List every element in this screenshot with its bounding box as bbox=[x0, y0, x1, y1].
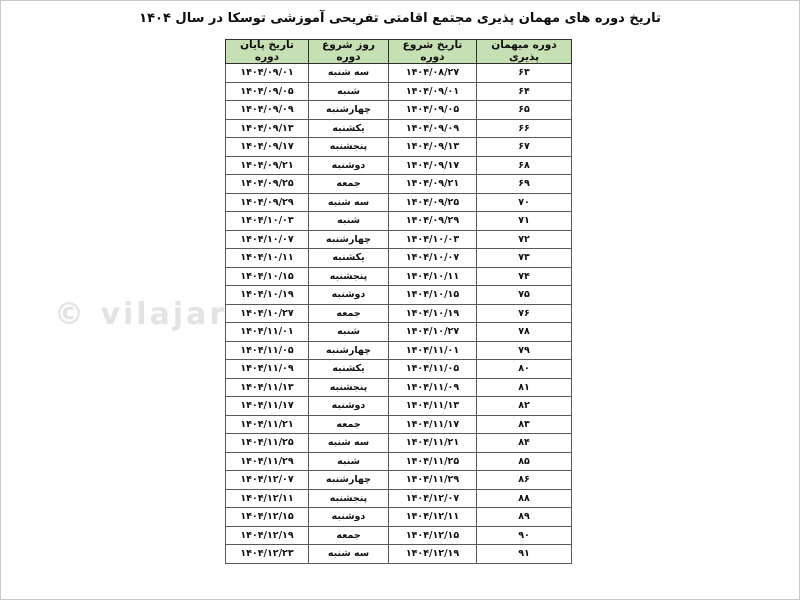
end-date-cell: ۱۴۰۴/۱۰/۲۷ bbox=[226, 304, 309, 323]
start-day-cell: یکشنبه bbox=[309, 360, 389, 379]
start-day-cell: دوشنبه bbox=[309, 508, 389, 527]
start-date-cell: ۱۴۰۴/۱۱/۰۵ bbox=[389, 360, 477, 379]
start-date-cell: ۱۴۰۴/۱۱/۱۳ bbox=[389, 397, 477, 416]
table-row: ۸۱۱۴۰۴/۱۱/۰۹پنجشنبه۱۴۰۴/۱۱/۱۳ bbox=[226, 378, 572, 397]
period-cell: ۶۶ bbox=[477, 119, 572, 138]
end-date-cell: ۱۴۰۴/۰۹/۰۱ bbox=[226, 64, 309, 83]
start-date-cell: ۱۴۰۴/۰۹/۰۹ bbox=[389, 119, 477, 138]
table-row: ۹۰۱۴۰۴/۱۲/۱۵جمعه۱۴۰۴/۱۲/۱۹ bbox=[226, 526, 572, 545]
table-row: ۷۱۱۴۰۴/۰۹/۲۹شنبه۱۴۰۴/۱۰/۰۳ bbox=[226, 212, 572, 231]
period-cell: ۸۳ bbox=[477, 415, 572, 434]
end-date-cell: ۱۴۰۴/۱۱/۰۹ bbox=[226, 360, 309, 379]
period-cell: ۸۶ bbox=[477, 471, 572, 490]
period-cell: ۷۰ bbox=[477, 193, 572, 212]
table-row: ۷۳۱۴۰۴/۱۰/۰۷یکشنبه۱۴۰۴/۱۰/۱۱ bbox=[226, 249, 572, 268]
start-day-cell: چهارشنبه bbox=[309, 101, 389, 120]
start-date-cell: ۱۴۰۴/۱۱/۱۷ bbox=[389, 415, 477, 434]
start-day-cell: جمعه bbox=[309, 304, 389, 323]
start-date-cell: ۱۴۰۴/۱۰/۲۷ bbox=[389, 323, 477, 342]
start-date-cell: ۱۴۰۴/۰۸/۲۷ bbox=[389, 64, 477, 83]
start-date-cell: ۱۴۰۴/۱۰/۰۷ bbox=[389, 249, 477, 268]
start-day-cell: پنجشنبه bbox=[309, 138, 389, 157]
period-cell: ۶۷ bbox=[477, 138, 572, 157]
start-day-cell: دوشنبه bbox=[309, 397, 389, 416]
period-cell: ۷۸ bbox=[477, 323, 572, 342]
start-day-cell: سه شنبه bbox=[309, 193, 389, 212]
period-cell: ۸۸ bbox=[477, 489, 572, 508]
period-cell: ۶۵ bbox=[477, 101, 572, 120]
period-cell: ۷۵ bbox=[477, 286, 572, 305]
end-date-cell: ۱۴۰۴/۰۹/۱۷ bbox=[226, 138, 309, 157]
table-row: ۷۹۱۴۰۴/۱۱/۰۱چهارشنبه۱۴۰۴/۱۱/۰۵ bbox=[226, 341, 572, 360]
period-cell: ۸۵ bbox=[477, 452, 572, 471]
end-date-cell: ۱۴۰۴/۱۰/۰۳ bbox=[226, 212, 309, 231]
start-date-cell: ۱۴۰۴/۱۱/۰۹ bbox=[389, 378, 477, 397]
start-day-cell: دوشنبه bbox=[309, 156, 389, 175]
table-row: ۶۴۱۴۰۴/۰۹/۰۱شنبه۱۴۰۴/۰۹/۰۵ bbox=[226, 82, 572, 101]
start-day-cell: جمعه bbox=[309, 415, 389, 434]
document-page: تاریخ دوره های مهمان پذیری مجتمع اقامتی … bbox=[0, 0, 800, 600]
end-date-cell: ۱۴۰۴/۱۰/۱۹ bbox=[226, 286, 309, 305]
start-date-cell: ۱۴۰۴/۰۹/۰۵ bbox=[389, 101, 477, 120]
end-date-cell: ۱۴۰۴/۱۲/۱۹ bbox=[226, 526, 309, 545]
end-date-cell: ۱۴۰۴/۱۲/۱۵ bbox=[226, 508, 309, 527]
period-cell: ۸۴ bbox=[477, 434, 572, 453]
table-row: ۷۲۱۴۰۴/۱۰/۰۳چهارشنبه۱۴۰۴/۱۰/۰۷ bbox=[226, 230, 572, 249]
end-date-cell: ۱۴۰۴/۰۹/۲۹ bbox=[226, 193, 309, 212]
table-row: ۷۸۱۴۰۴/۱۰/۲۷شنبه۱۴۰۴/۱۱/۰۱ bbox=[226, 323, 572, 342]
period-cell: ۶۸ bbox=[477, 156, 572, 175]
end-date-cell: ۱۴۰۴/۱۱/۲۵ bbox=[226, 434, 309, 453]
start-date-cell: ۱۴۰۴/۰۹/۱۳ bbox=[389, 138, 477, 157]
period-cell: ۷۹ bbox=[477, 341, 572, 360]
start-date-cell: ۱۴۰۴/۱۱/۲۹ bbox=[389, 471, 477, 490]
end-date-cell: ۱۴۰۴/۱۰/۱۱ bbox=[226, 249, 309, 268]
header-row: دوره میهمان پذیری تاریخ شروع دوره روز شر… bbox=[226, 40, 572, 64]
table-row: ۶۶۱۴۰۴/۰۹/۰۹یکشنبه۱۴۰۴/۰۹/۱۳ bbox=[226, 119, 572, 138]
start-date-cell: ۱۴۰۴/۱۱/۲۵ bbox=[389, 452, 477, 471]
period-cell: ۶۳ bbox=[477, 64, 572, 83]
start-day-cell: پنجشنبه bbox=[309, 489, 389, 508]
column-header-period: دوره میهمان پذیری bbox=[477, 40, 572, 64]
start-day-cell: چهارشنبه bbox=[309, 341, 389, 360]
start-day-cell: سه شنبه bbox=[309, 545, 389, 564]
start-day-cell: پنجشنبه bbox=[309, 378, 389, 397]
guest-periods-table: دوره میهمان پذیری تاریخ شروع دوره روز شر… bbox=[225, 39, 572, 564]
start-day-cell: یکشنبه bbox=[309, 119, 389, 138]
start-date-cell: ۱۴۰۴/۰۹/۰۱ bbox=[389, 82, 477, 101]
start-day-cell: شنبه bbox=[309, 452, 389, 471]
period-cell: ۷۲ bbox=[477, 230, 572, 249]
period-cell: ۷۱ bbox=[477, 212, 572, 231]
end-date-cell: ۱۴۰۴/۰۹/۲۵ bbox=[226, 175, 309, 194]
start-date-cell: ۱۴۰۴/۱۱/۰۱ bbox=[389, 341, 477, 360]
start-date-cell: ۱۴۰۴/۰۹/۲۹ bbox=[389, 212, 477, 231]
start-day-cell: سه شنبه bbox=[309, 434, 389, 453]
start-date-cell: ۱۴۰۴/۱۲/۰۷ bbox=[389, 489, 477, 508]
start-day-cell: یکشنبه bbox=[309, 249, 389, 268]
end-date-cell: ۱۴۰۴/۰۹/۱۳ bbox=[226, 119, 309, 138]
period-cell: ۸۱ bbox=[477, 378, 572, 397]
period-cell: ۸۹ bbox=[477, 508, 572, 527]
end-date-cell: ۱۴۰۴/۱۰/۰۷ bbox=[226, 230, 309, 249]
table-row: ۷۵۱۴۰۴/۱۰/۱۵دوشنبه۱۴۰۴/۱۰/۱۹ bbox=[226, 286, 572, 305]
table-row: ۶۸۱۴۰۴/۰۹/۱۷دوشنبه۱۴۰۴/۰۹/۲۱ bbox=[226, 156, 572, 175]
period-cell: ۷۴ bbox=[477, 267, 572, 286]
watermark-text: © vilajar bbox=[54, 297, 227, 332]
table-row: ۶۹۱۴۰۴/۰۹/۲۱جمعه۱۴۰۴/۰۹/۲۵ bbox=[226, 175, 572, 194]
period-cell: ۷۳ bbox=[477, 249, 572, 268]
start-date-cell: ۱۴۰۴/۱۰/۱۹ bbox=[389, 304, 477, 323]
table-row: ۸۶۱۴۰۴/۱۱/۲۹چهارشنبه۱۴۰۴/۱۲/۰۷ bbox=[226, 471, 572, 490]
start-date-cell: ۱۴۰۴/۱۲/۱۹ bbox=[389, 545, 477, 564]
start-day-cell: جمعه bbox=[309, 175, 389, 194]
table-row: ۹۱۱۴۰۴/۱۲/۱۹سه شنبه۱۴۰۴/۱۲/۲۳ bbox=[226, 545, 572, 564]
period-cell: ۷۶ bbox=[477, 304, 572, 323]
column-header-start-day: روز شروع دوره bbox=[309, 40, 389, 64]
end-date-cell: ۱۴۰۴/۱۱/۲۱ bbox=[226, 415, 309, 434]
table-row: ۶۷۱۴۰۴/۰۹/۱۳پنجشنبه۱۴۰۴/۰۹/۱۷ bbox=[226, 138, 572, 157]
table-row: ۷۶۱۴۰۴/۱۰/۱۹جمعه۱۴۰۴/۱۰/۲۷ bbox=[226, 304, 572, 323]
end-date-cell: ۱۴۰۴/۱۱/۱۷ bbox=[226, 397, 309, 416]
end-date-cell: ۱۴۰۴/۰۹/۲۱ bbox=[226, 156, 309, 175]
start-date-cell: ۱۴۰۴/۰۹/۱۷ bbox=[389, 156, 477, 175]
table-body: ۶۳۱۴۰۴/۰۸/۲۷سه شنبه۱۴۰۴/۰۹/۰۱۶۴۱۴۰۴/۰۹/۰… bbox=[226, 64, 572, 564]
column-header-end-date: تاریخ پایان دوره bbox=[226, 40, 309, 64]
period-cell: ۸۰ bbox=[477, 360, 572, 379]
start-day-cell: دوشنبه bbox=[309, 286, 389, 305]
start-day-cell: چهارشنبه bbox=[309, 471, 389, 490]
table-row: ۸۲۱۴۰۴/۱۱/۱۳دوشنبه۱۴۰۴/۱۱/۱۷ bbox=[226, 397, 572, 416]
period-cell: ۹۰ bbox=[477, 526, 572, 545]
start-day-cell: پنجشنبه bbox=[309, 267, 389, 286]
end-date-cell: ۱۴۰۴/۱۱/۱۳ bbox=[226, 378, 309, 397]
start-date-cell: ۱۴۰۴/۰۹/۲۱ bbox=[389, 175, 477, 194]
table-row: ۸۴۱۴۰۴/۱۱/۲۱سه شنبه۱۴۰۴/۱۱/۲۵ bbox=[226, 434, 572, 453]
period-cell: ۹۱ bbox=[477, 545, 572, 564]
start-day-cell: چهارشنبه bbox=[309, 230, 389, 249]
column-header-start-date: تاریخ شروع دوره bbox=[389, 40, 477, 64]
start-day-cell: شنبه bbox=[309, 82, 389, 101]
period-cell: ۸۲ bbox=[477, 397, 572, 416]
end-date-cell: ۱۴۰۴/۱۲/۱۱ bbox=[226, 489, 309, 508]
end-date-cell: ۱۴۰۴/۱۰/۱۵ bbox=[226, 267, 309, 286]
end-date-cell: ۱۴۰۴/۰۹/۰۵ bbox=[226, 82, 309, 101]
start-date-cell: ۱۴۰۴/۱۲/۱۱ bbox=[389, 508, 477, 527]
start-date-cell: ۱۴۰۴/۱۱/۲۱ bbox=[389, 434, 477, 453]
start-date-cell: ۱۴۰۴/۰۹/۲۵ bbox=[389, 193, 477, 212]
table-row: ۸۹۱۴۰۴/۱۲/۱۱دوشنبه۱۴۰۴/۱۲/۱۵ bbox=[226, 508, 572, 527]
table-row: ۷۰۱۴۰۴/۰۹/۲۵سه شنبه۱۴۰۴/۰۹/۲۹ bbox=[226, 193, 572, 212]
period-cell: ۶۴ bbox=[477, 82, 572, 101]
start-day-cell: جمعه bbox=[309, 526, 389, 545]
table-row: ۸۸۱۴۰۴/۱۲/۰۷پنجشنبه۱۴۰۴/۱۲/۱۱ bbox=[226, 489, 572, 508]
end-date-cell: ۱۴۰۴/۱۱/۰۱ bbox=[226, 323, 309, 342]
page-title: تاریخ دوره های مهمان پذیری مجتمع اقامتی … bbox=[1, 11, 799, 26]
period-cell: ۶۹ bbox=[477, 175, 572, 194]
table-row: ۷۴۱۴۰۴/۱۰/۱۱پنجشنبه۱۴۰۴/۱۰/۱۵ bbox=[226, 267, 572, 286]
start-date-cell: ۱۴۰۴/۱۰/۱۱ bbox=[389, 267, 477, 286]
table-row: ۸۰۱۴۰۴/۱۱/۰۵یکشنبه۱۴۰۴/۱۱/۰۹ bbox=[226, 360, 572, 379]
start-date-cell: ۱۴۰۴/۱۰/۱۵ bbox=[389, 286, 477, 305]
end-date-cell: ۱۴۰۴/۱۲/۰۷ bbox=[226, 471, 309, 490]
start-day-cell: سه شنبه bbox=[309, 64, 389, 83]
table-row: ۶۵۱۴۰۴/۰۹/۰۵چهارشنبه۱۴۰۴/۰۹/۰۹ bbox=[226, 101, 572, 120]
table-row: ۸۵۱۴۰۴/۱۱/۲۵شنبه۱۴۰۴/۱۱/۲۹ bbox=[226, 452, 572, 471]
start-day-cell: شنبه bbox=[309, 323, 389, 342]
end-date-cell: ۱۴۰۴/۱۲/۲۳ bbox=[226, 545, 309, 564]
end-date-cell: ۱۴۰۴/۱۱/۲۹ bbox=[226, 452, 309, 471]
end-date-cell: ۱۴۰۴/۰۹/۰۹ bbox=[226, 101, 309, 120]
start-day-cell: شنبه bbox=[309, 212, 389, 231]
start-date-cell: ۱۴۰۴/۱۰/۰۳ bbox=[389, 230, 477, 249]
end-date-cell: ۱۴۰۴/۱۱/۰۵ bbox=[226, 341, 309, 360]
table-row: ۸۳۱۴۰۴/۱۱/۱۷جمعه۱۴۰۴/۱۱/۲۱ bbox=[226, 415, 572, 434]
start-date-cell: ۱۴۰۴/۱۲/۱۵ bbox=[389, 526, 477, 545]
table-row: ۶۳۱۴۰۴/۰۸/۲۷سه شنبه۱۴۰۴/۰۹/۰۱ bbox=[226, 64, 572, 83]
